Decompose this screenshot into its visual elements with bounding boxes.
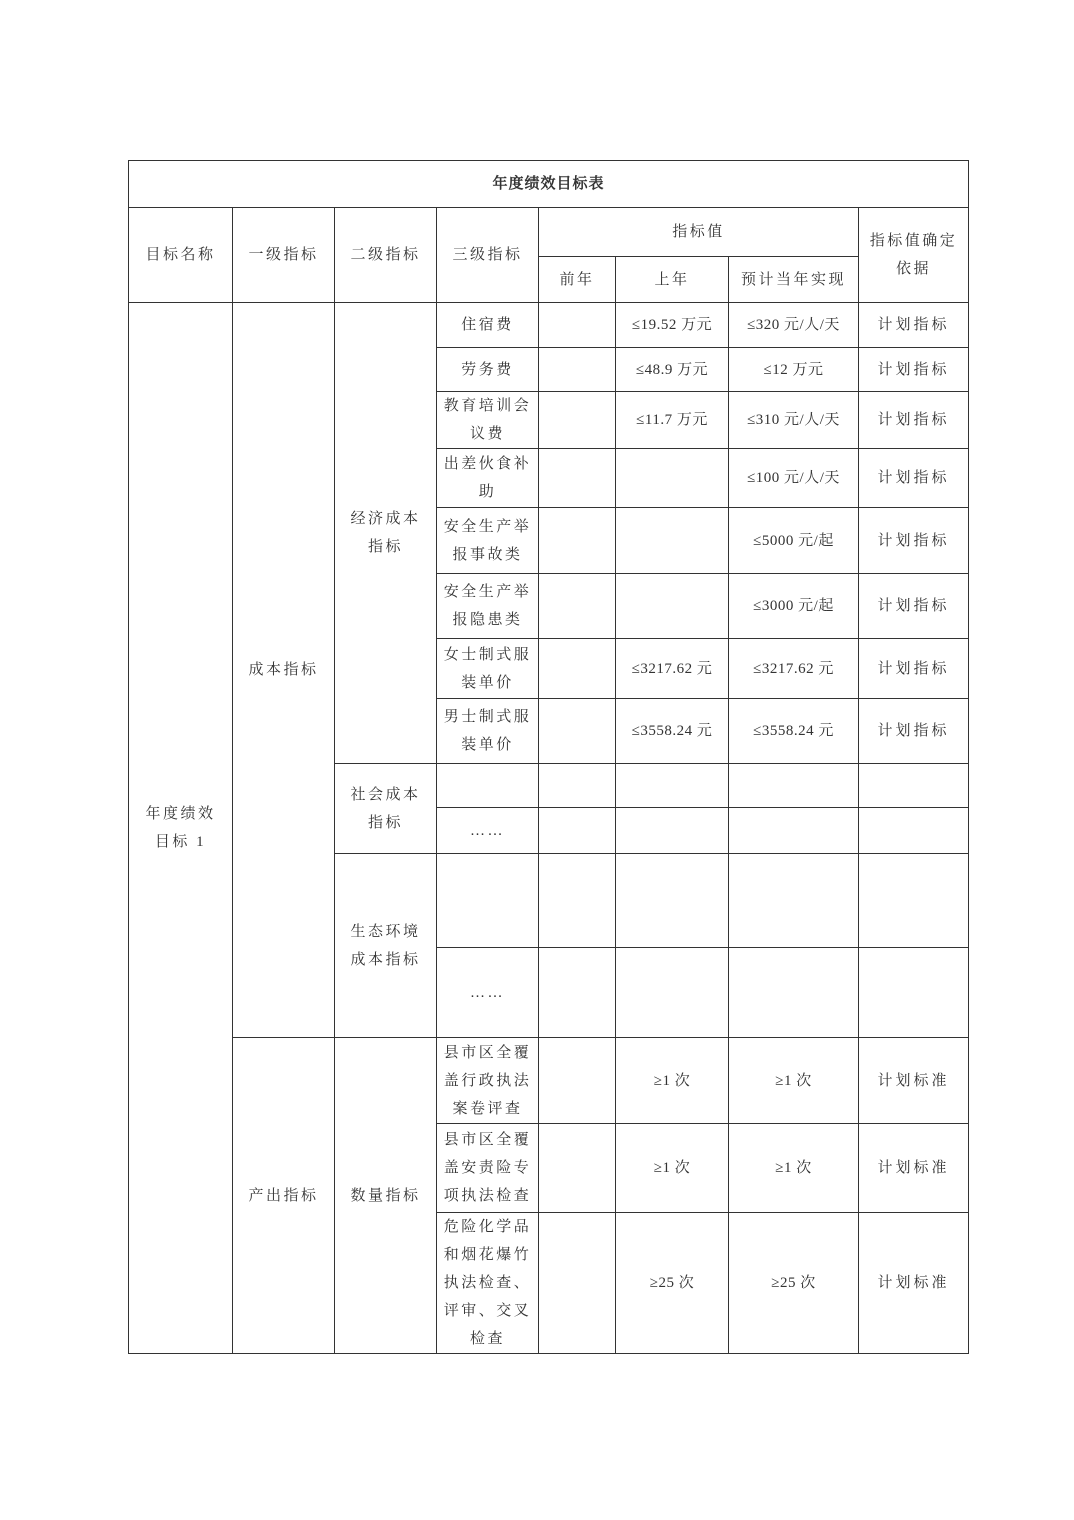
basis-cell (859, 764, 969, 808)
prev1-year-cell (616, 574, 729, 639)
document-page: 年度绩效目标表 目标名称 一级指标 二级指标 三级指标 指标值 指标值确定 依据… (0, 0, 1074, 1520)
header-level1: 一级指标 (233, 208, 335, 303)
basis-cell: 计划指标 (859, 574, 969, 639)
basis-cell (859, 854, 969, 948)
header-prev2-year: 前年 (539, 257, 616, 303)
basis-cell (859, 808, 969, 854)
l3-cell: 女士制式服 装单价 (437, 639, 539, 699)
header-basis: 指标值确定 依据 (859, 208, 969, 303)
l3-cell: …… (437, 808, 539, 854)
prev2-year-cell (539, 574, 616, 639)
basis-cell: 计划指标 (859, 699, 969, 764)
annual-performance-target-table: 年度绩效目标表 目标名称 一级指标 二级指标 三级指标 指标值 指标值确定 依据… (128, 160, 969, 1354)
prev1-year-cell (616, 508, 729, 574)
basis-cell: 计划指标 (859, 449, 969, 508)
prev1-year-cell (616, 854, 729, 948)
prev1-year-cell (616, 449, 729, 508)
prev2-year-cell (539, 639, 616, 699)
prev1-year-cell: ≥1 次 (616, 1038, 729, 1124)
table-title: 年度绩效目标表 (129, 161, 969, 208)
basis-cell: 计划指标 (859, 508, 969, 574)
l3-cell: 县市区全覆 盖安责险专 项执法检查 (437, 1124, 539, 1213)
l3-cell: 住宿费 (437, 303, 539, 348)
current-year-cell (729, 764, 859, 808)
prev1-year-cell (616, 764, 729, 808)
current-year-cell: ≥25 次 (729, 1213, 859, 1354)
basis-cell: 计划标准 (859, 1038, 969, 1124)
prev2-year-cell (539, 348, 616, 392)
prev2-year-cell (539, 854, 616, 948)
prev1-year-cell: ≤19.52 万元 (616, 303, 729, 348)
current-year-cell: ≥1 次 (729, 1124, 859, 1213)
level2-quantity-cell: 数量指标 (335, 1038, 437, 1354)
prev1-year-cell (616, 808, 729, 854)
header-current-year: 预计当年实现 (729, 257, 859, 303)
l3-cell: 男士制式服 装单价 (437, 699, 539, 764)
basis-cell: 计划指标 (859, 392, 969, 449)
prev1-year-cell: ≤3558.24 元 (616, 699, 729, 764)
table-row: 年度绩效 目标 1 成本指标 经济成本 指标 住宿费 ≤19.52 万元 ≤32… (129, 303, 969, 348)
l3-cell: 县市区全覆 盖行政执法 案卷评查 (437, 1038, 539, 1124)
goal-name-cell: 年度绩效 目标 1 (129, 303, 233, 1354)
prev1-year-cell: ≥25 次 (616, 1213, 729, 1354)
basis-cell: 计划指标 (859, 348, 969, 392)
prev2-year-cell (539, 1213, 616, 1354)
level1-cost-cell: 成本指标 (233, 303, 335, 1038)
l3-cell: …… (437, 948, 539, 1038)
current-year-cell: ≤3217.62 元 (729, 639, 859, 699)
l3-cell: 安全生产举 报事故类 (437, 508, 539, 574)
header-goal-name: 目标名称 (129, 208, 233, 303)
level2-economic-cell: 经济成本 指标 (335, 303, 437, 764)
header-row-1: 目标名称 一级指标 二级指标 三级指标 指标值 指标值确定 依据 (129, 208, 969, 257)
basis-cell: 计划指标 (859, 639, 969, 699)
level2-ecological-cell: 生态环境 成本指标 (335, 854, 437, 1038)
current-year-cell: ≤3000 元/起 (729, 574, 859, 639)
basis-cell: 计划标准 (859, 1213, 969, 1354)
current-year-cell: ≥1 次 (729, 1038, 859, 1124)
prev2-year-cell (539, 449, 616, 508)
basis-cell: 计划标准 (859, 1124, 969, 1213)
level2-social-cell: 社会成本 指标 (335, 764, 437, 854)
level1-output-cell: 产出指标 (233, 1038, 335, 1354)
current-year-cell (729, 948, 859, 1038)
l3-cell: 危险化学品 和烟花爆竹 执法检查、 评审、交叉 检查 (437, 1213, 539, 1354)
current-year-cell: ≤12 万元 (729, 348, 859, 392)
l3-cell (437, 854, 539, 948)
table-title-row: 年度绩效目标表 (129, 161, 969, 208)
current-year-cell: ≤320 元/人/天 (729, 303, 859, 348)
l3-cell: 劳务费 (437, 348, 539, 392)
l3-cell: 出差伙食补 助 (437, 449, 539, 508)
header-prev1-year: 上年 (616, 257, 729, 303)
prev2-year-cell (539, 764, 616, 808)
table-row: 产出指标 数量指标 县市区全覆 盖行政执法 案卷评查 ≥1 次 ≥1 次 计划标… (129, 1038, 969, 1124)
prev1-year-cell: ≤48.9 万元 (616, 348, 729, 392)
prev2-year-cell (539, 1124, 616, 1213)
header-level3: 三级指标 (437, 208, 539, 303)
basis-cell: 计划指标 (859, 303, 969, 348)
l3-cell (437, 764, 539, 808)
header-level2: 二级指标 (335, 208, 437, 303)
prev2-year-cell (539, 392, 616, 449)
current-year-cell: ≤310 元/人/天 (729, 392, 859, 449)
l3-cell: 教育培训会 议费 (437, 392, 539, 449)
prev2-year-cell (539, 808, 616, 854)
header-value-group: 指标值 (539, 208, 859, 257)
prev1-year-cell: ≤3217.62 元 (616, 639, 729, 699)
basis-cell (859, 948, 969, 1038)
prev1-year-cell (616, 948, 729, 1038)
current-year-cell: ≤5000 元/起 (729, 508, 859, 574)
prev1-year-cell: ≥1 次 (616, 1124, 729, 1213)
current-year-cell (729, 808, 859, 854)
prev2-year-cell (539, 508, 616, 574)
prev2-year-cell (539, 303, 616, 348)
current-year-cell (729, 854, 859, 948)
prev1-year-cell: ≤11.7 万元 (616, 392, 729, 449)
prev2-year-cell (539, 1038, 616, 1124)
prev2-year-cell (539, 699, 616, 764)
current-year-cell: ≤3558.24 元 (729, 699, 859, 764)
l3-cell: 安全生产举 报隐患类 (437, 574, 539, 639)
current-year-cell: ≤100 元/人/天 (729, 449, 859, 508)
prev2-year-cell (539, 948, 616, 1038)
